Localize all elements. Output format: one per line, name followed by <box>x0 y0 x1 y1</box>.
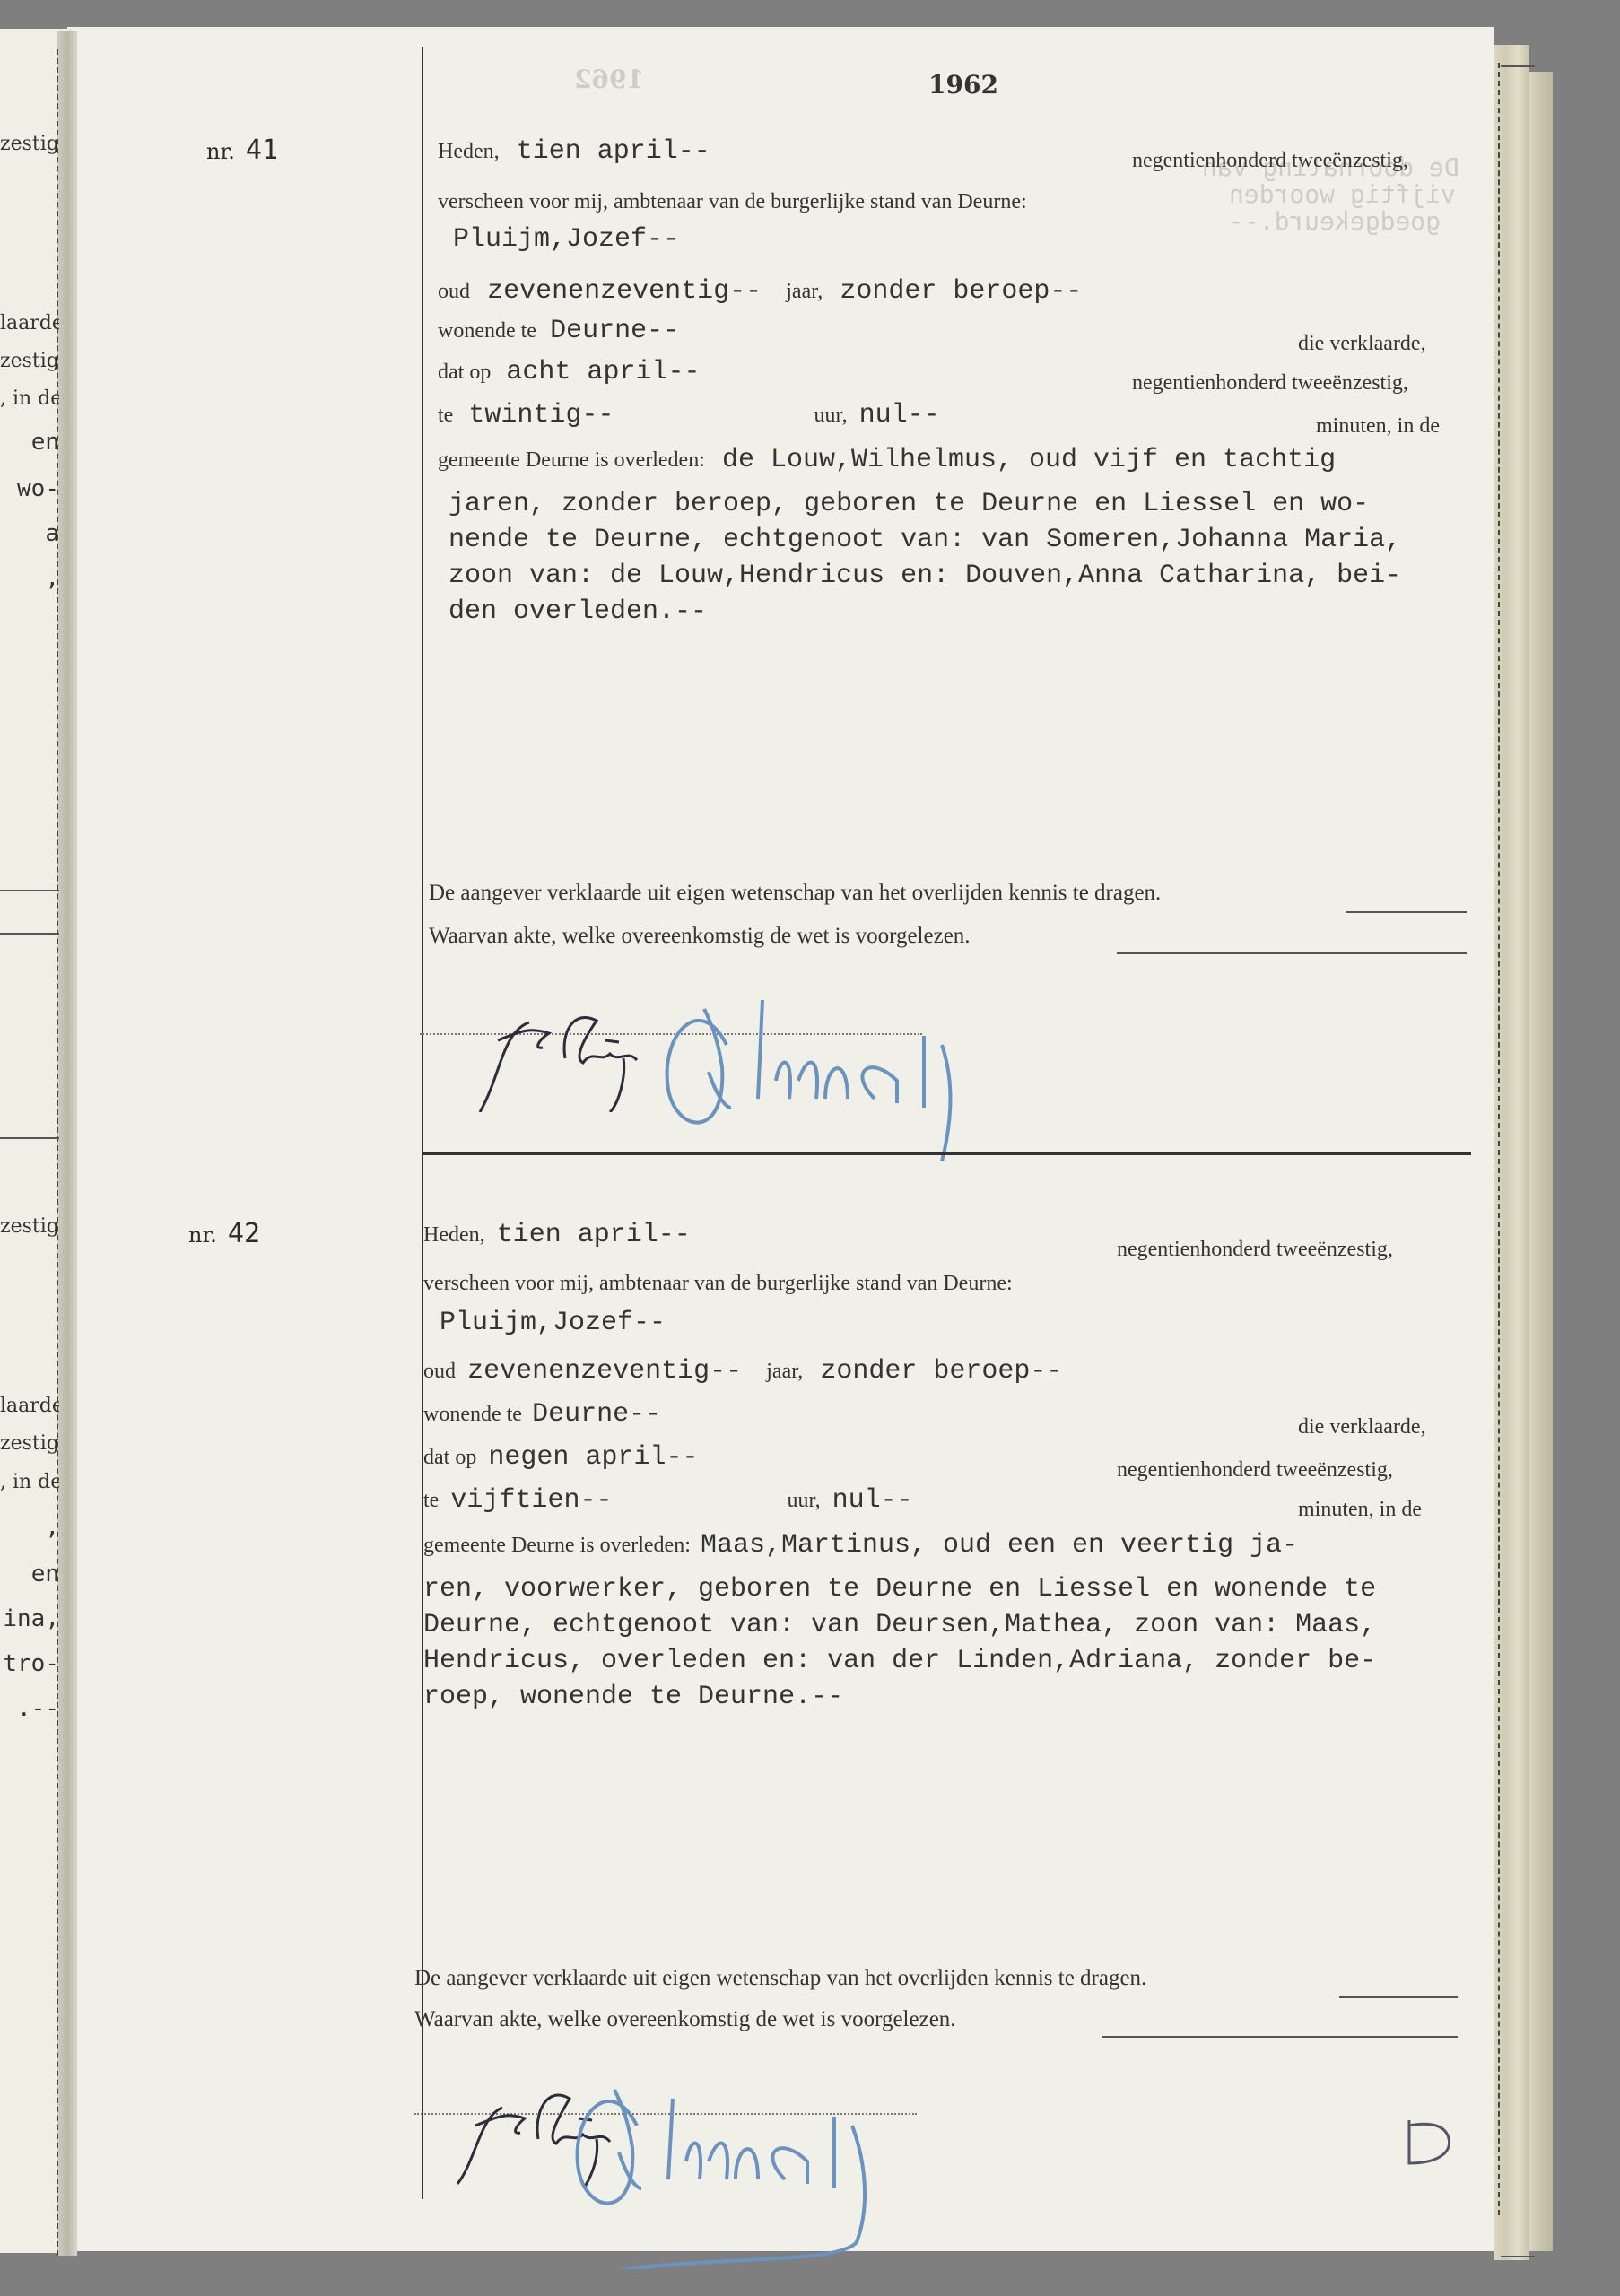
deceased-row: gemeente Deurne is overleden: de Louw,Wi… <box>438 445 1336 475</box>
record-number: nr.42 <box>188 1218 260 1249</box>
time-row: te twintig-- uur, nul-- <box>438 400 940 430</box>
death-minutes: nul-- <box>832 1485 913 1516</box>
margin-mark-D <box>1402 2117 1456 2170</box>
left-fragment: a <box>0 520 59 547</box>
closing-declaration: De aangever verklaarde uit eigen wetensc… <box>429 881 1161 906</box>
age-row: oud zevenenzeventig-- jaar, zonder beroe… <box>438 276 1082 307</box>
death-date-row: dat op negen april-- <box>423 1442 698 1473</box>
left-rule <box>0 890 59 891</box>
wonende-label: wonende te <box>438 319 536 343</box>
closing-akte: Waarvan akte, welke overeenkomstig de we… <box>414 2007 956 2032</box>
heden-row: Heden, tien april-- <box>438 136 710 167</box>
nr-value: 42 <box>228 1218 260 1249</box>
residence-row: wonende te Deurne-- <box>438 316 679 346</box>
record-number: nr.41 <box>206 135 278 166</box>
datop-label: dat op <box>423 1446 476 1469</box>
body-line: den overleden.-- <box>449 594 1480 630</box>
gemeente-label: gemeente Deurne is overleden: <box>438 448 705 472</box>
body-line: zoon van: de Louw,Hendricus en: Douven,A… <box>449 558 1480 594</box>
body-line: Hendricus, overleden en: van der Linden,… <box>423 1643 1455 1679</box>
nr-value: 41 <box>246 135 278 166</box>
death-date: negen april-- <box>488 1442 698 1473</box>
declarant-name: Pluijm,Jozef-- <box>440 1308 666 1338</box>
closing-akte: Waarvan akte, welke overeenkomstig de we… <box>429 924 971 949</box>
left-rule <box>0 1137 59 1139</box>
death-date-row: dat op acht april-- <box>438 357 700 387</box>
wonende-label: wonende te <box>423 1403 522 1426</box>
bleed-line: vijftig woorden <box>1229 179 1456 209</box>
closing-rule <box>1117 952 1467 954</box>
deceased-line: de Louw,Wilhelmus, oud vijf en tachtig <box>722 445 1336 475</box>
left-fragment: en <box>0 429 59 456</box>
minuten-label: minuten, in de <box>1316 414 1440 439</box>
left-fragment: en <box>0 1561 59 1587</box>
jaar-label: jaar, <box>786 280 823 303</box>
margin-tick-top <box>1501 65 1535 67</box>
declarant-occupation: zonder beroep-- <box>840 276 1082 307</box>
verscheen-row: verscheen voor mij, ambtenaar van de bur… <box>423 1272 1013 1296</box>
heden-value: tien april-- <box>517 136 710 167</box>
deceased-details: ren, voorwerker, geboren te Deurne en Li… <box>423 1571 1455 1715</box>
te-label: te <box>438 404 453 427</box>
year-words-2: negentienhonderd tweeënzestig, <box>1117 1458 1393 1483</box>
left-fragment: laarde, <box>0 1395 59 1417</box>
body-line: roep, wonende te Deurne.-- <box>423 1679 1455 1715</box>
declarant-name: Pluijm,Jozef-- <box>453 224 679 255</box>
gemeente-label: gemeente Deurne is overleden: <box>423 1534 691 1557</box>
left-fragment: , in de <box>0 1471 59 1493</box>
body-line: Deurne, echtgenoot van: van Deursen,Math… <box>423 1607 1455 1643</box>
bleed-year: 1962 <box>574 65 644 94</box>
page-year: 1962 <box>928 70 998 100</box>
body-line: nende te Deurne, echtgenoot van: van Som… <box>449 522 1480 558</box>
bleed-line: goedgekeurd.-- <box>1229 206 1441 236</box>
uur-label: uur, <box>814 404 848 427</box>
year-words: negentienhonderd tweeënzestig, <box>1132 149 1408 173</box>
nr-label: nr. <box>206 139 235 164</box>
left-fragment: ina, <box>0 1605 59 1632</box>
death-date: acht april-- <box>506 357 700 387</box>
left-fragment: , <box>0 565 59 592</box>
declarant-row: Pluijm,Jozef-- <box>453 224 679 255</box>
left-perforation-line <box>57 49 58 2256</box>
verscheen-row: verscheen voor mij, ambtenaar van de bur… <box>438 190 1027 214</box>
declarant-age: zevenenzeventig-- <box>487 276 762 307</box>
declarant-residence: Deurne-- <box>550 316 679 346</box>
declarant-occupation: zonder beroep-- <box>820 1356 1062 1387</box>
jaar-label: jaar, <box>766 1360 803 1383</box>
signature-official-42 <box>565 2063 1067 2269</box>
heden-label: Heden, <box>438 140 500 163</box>
uur-label: uur, <box>788 1489 821 1512</box>
left-fragment: wo- <box>0 475 59 502</box>
death-minutes: nul-- <box>859 400 940 430</box>
left-fragment: zestig, <box>0 133 59 155</box>
column-divider <box>422 47 423 2199</box>
deceased-row: gemeente Deurne is overleden: Maas,Marti… <box>423 1530 1298 1561</box>
heden-value: tien april-- <box>497 1220 691 1250</box>
death-hour: twintig-- <box>468 400 614 430</box>
left-fragment: zestig, <box>0 1432 59 1455</box>
oud-label: oud <box>423 1360 456 1383</box>
closing-rule <box>1346 911 1467 913</box>
verscheen-text: verscheen voor mij, ambtenaar van de bur… <box>423 1272 1013 1295</box>
book-gutter <box>57 31 77 2256</box>
closing-declaration: De aangever verklaarde uit eigen wetensc… <box>414 1966 1146 1991</box>
verscheen-text: verscheen voor mij, ambtenaar van de bur… <box>438 190 1027 213</box>
left-fragment: .-- <box>0 1695 59 1722</box>
left-fragment: tro- <box>0 1650 59 1677</box>
right-perforation-line <box>1498 63 1500 2215</box>
closing-rule <box>1339 1996 1458 1998</box>
left-fragment: zestig, <box>0 1215 59 1238</box>
die-verklaarde: die verklaarde, <box>1298 1415 1426 1439</box>
left-fragment: , in de <box>0 387 59 410</box>
die-verklaarde: die verklaarde, <box>1298 332 1426 356</box>
margin-tick-bottom <box>1501 2256 1535 2257</box>
page-stack-edge-2 <box>1529 72 1553 2251</box>
record-separator <box>422 1152 1471 1155</box>
left-fragment: , <box>0 1514 59 1541</box>
residence-row: wonende te Deurne-- <box>423 1399 661 1430</box>
left-fragment: laarde, <box>0 312 59 335</box>
datop-label: dat op <box>438 361 491 384</box>
deceased-line: Maas,Martinus, oud een en veertig ja- <box>701 1530 1298 1561</box>
deceased-details: jaren, zonder beroep, geboren te Deurne … <box>449 486 1480 630</box>
body-line: jaren, zonder beroep, geboren te Deurne … <box>449 486 1480 522</box>
oud-label: oud <box>438 280 470 303</box>
heden-label: Heden, <box>423 1223 485 1247</box>
left-rule <box>0 933 59 935</box>
signature-official-41 <box>655 982 1157 1161</box>
body-line: ren, voorwerker, geboren te Deurne en Li… <box>423 1571 1455 1607</box>
age-row: oud zevenenzeventig-- jaar, zonder beroe… <box>423 1356 1062 1387</box>
declarant-age: zevenenzeventig-- <box>467 1356 742 1387</box>
heden-row: Heden, tien april-- <box>423 1220 691 1250</box>
minuten-label: minuten, in de <box>1298 1498 1422 1522</box>
time-row: te vijftien-- uur, nul-- <box>423 1485 913 1516</box>
year-words: negentienhonderd tweeënzestig, <box>1117 1238 1393 1262</box>
death-hour: vijftien-- <box>450 1485 612 1516</box>
left-fragment: zestig, <box>0 350 59 372</box>
year-words-2: negentienhonderd tweeënzestig, <box>1132 371 1408 396</box>
declarant-row: Pluijm,Jozef-- <box>440 1308 666 1338</box>
nr-label: nr. <box>188 1222 217 1248</box>
closing-rule <box>1102 2036 1458 2038</box>
declarant-residence: Deurne-- <box>532 1399 661 1430</box>
te-label: te <box>423 1489 439 1512</box>
